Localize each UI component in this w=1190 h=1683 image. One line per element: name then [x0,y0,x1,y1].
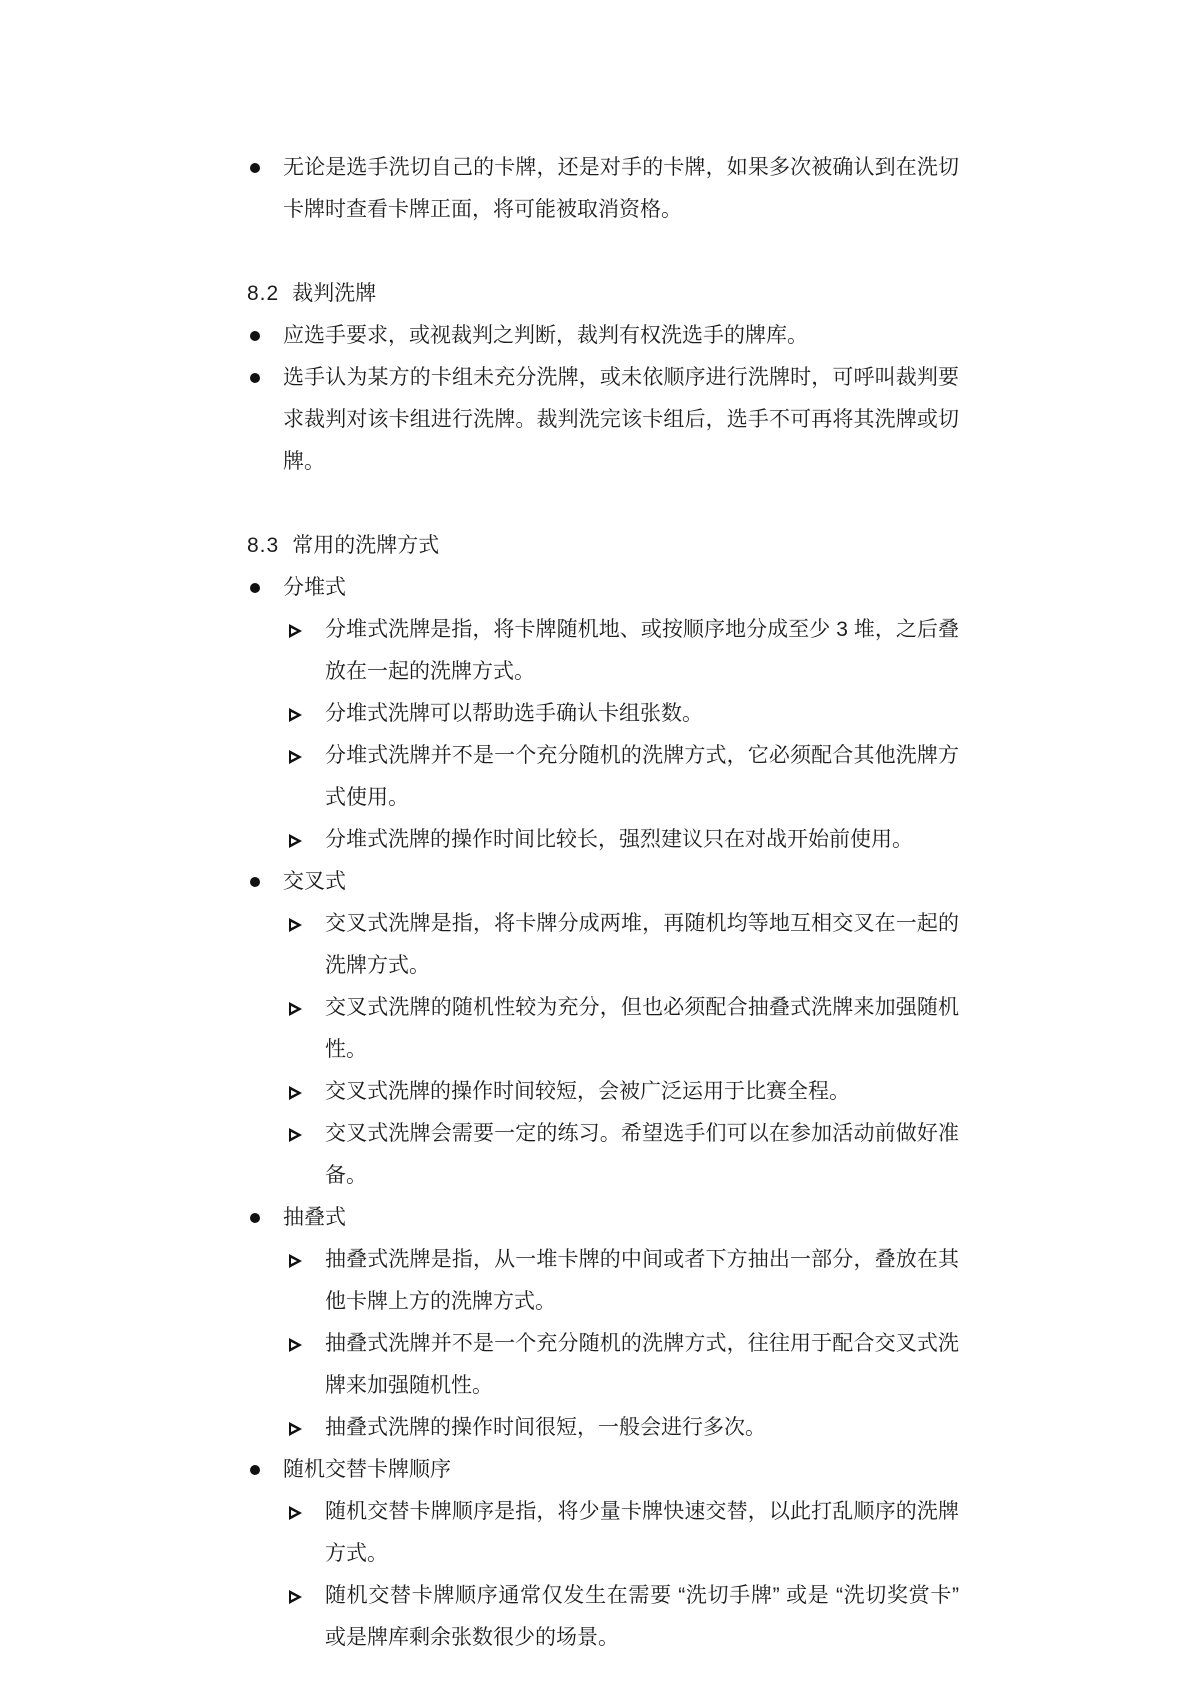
sub-bullet-item: 随机交替卡牌顺序通常仅发生在需要 “洗切手牌” 或是 “洗切奖赏卡” 或是牌库剩… [247,1575,959,1659]
sub-bullet-item: 交叉式洗牌是指，将卡牌分成两堆，再随机均等地互相交叉在一起的洗牌方式。 [247,903,959,987]
paragraph-text: 交叉式洗牌的随机性较为充分，但也必须配合抽叠式洗牌来加强随机性。 [247,987,959,1071]
document-page: 无论是选手洗切自己的卡牌，还是对手的卡牌，如果多次被确认到在洗切卡牌时查看卡牌正… [0,0,1190,1683]
section-number: 8.2 [247,282,279,305]
bullet-dot-icon [250,877,260,887]
sub-bullet-item: 分堆式洗牌并不是一个充分随机的洗牌方式，它必须配合其他洗牌方式使用。 [247,735,959,819]
paragraph-text: 随机交替卡牌顺序 [247,1449,959,1491]
paragraph-text: 应选手要求，或视裁判之判断，裁判有权洗选手的牌库。 [247,315,959,357]
arrow-bullet-icon [289,1002,302,1016]
document-body: 无论是选手洗切自己的卡牌，还是对手的卡牌，如果多次被确认到在洗切卡牌时查看卡牌正… [247,147,959,1659]
arrow-bullet-icon [289,750,302,764]
arrow-bullet-icon [289,1590,302,1604]
sub-bullet-item: 分堆式洗牌是指，将卡牌随机地、或按顺序地分成至少 3 堆，之后叠放在一起的洗牌方… [247,609,959,693]
sub-bullet-item: 抽叠式洗牌的操作时间很短，一般会进行多次。 [247,1407,959,1449]
sub-bullet-item: 交叉式洗牌的操作时间较短，会被广泛运用于比赛全程。 [247,1071,959,1113]
paragraph-text: 无论是选手洗切自己的卡牌，还是对手的卡牌，如果多次被确认到在洗切卡牌时查看卡牌正… [247,147,959,231]
sub-bullet-item: 交叉式洗牌会需要一定的练习。希望选手们可以在参加活动前做好准备。 [247,1113,959,1197]
section-number: 8.3 [247,534,279,557]
bullet-item: 分堆式 [247,567,959,609]
arrow-bullet-icon [289,1128,302,1142]
paragraph-text: 分堆式 [247,567,959,609]
bullet-item: 选手认为某方的卡组未充分洗牌，或未依顺序进行洗牌时，可呼叫裁判要求裁判对该卡组进… [247,357,959,483]
bullet-dot-icon [250,163,260,173]
paragraph-text: 分堆式洗牌是指，将卡牌随机地、或按顺序地分成至少 3 堆，之后叠放在一起的洗牌方… [247,609,959,693]
arrow-bullet-icon [289,1338,302,1352]
bullet-item: 应选手要求，或视裁判之判断，裁判有权洗选手的牌库。 [247,315,959,357]
sub-bullet-item: 抽叠式洗牌并不是一个充分随机的洗牌方式，往往用于配合交叉式洗牌来加强随机性。 [247,1323,959,1407]
section-heading: 8.2裁判洗牌 [247,273,959,315]
bullet-dot-icon [250,1213,260,1223]
paragraph-text: 抽叠式洗牌的操作时间很短，一般会进行多次。 [247,1407,959,1449]
arrow-bullet-icon [289,624,302,638]
arrow-bullet-icon [289,708,302,722]
paragraph-text: 交叉式洗牌会需要一定的练习。希望选手们可以在参加活动前做好准备。 [247,1113,959,1197]
paragraph-text: 分堆式洗牌的操作时间比较长，强烈建议只在对战开始前使用。 [247,819,959,861]
paragraph-text: 交叉式洗牌的操作时间较短，会被广泛运用于比赛全程。 [247,1071,959,1113]
arrow-bullet-icon [289,1506,302,1520]
bullet-item: 无论是选手洗切自己的卡牌，还是对手的卡牌，如果多次被确认到在洗切卡牌时查看卡牌正… [247,147,959,231]
sub-bullet-item: 抽叠式洗牌是指，从一堆卡牌的中间或者下方抽出一部分，叠放在其他卡牌上方的洗牌方式… [247,1239,959,1323]
arrow-bullet-icon [289,918,302,932]
sub-bullet-item: 分堆式洗牌的操作时间比较长，强烈建议只在对战开始前使用。 [247,819,959,861]
arrow-bullet-icon [289,834,302,848]
paragraph-text: 随机交替卡牌顺序是指，将少量卡牌快速交替，以此打乱顺序的洗牌方式。 [247,1491,959,1575]
bullet-item: 随机交替卡牌顺序 [247,1449,959,1491]
paragraph-text: 抽叠式 [247,1197,959,1239]
bullet-dot-icon [250,331,260,341]
section-heading: 8.3常用的洗牌方式 [247,525,959,567]
arrow-bullet-icon [289,1422,302,1436]
paragraph-text: 交叉式 [247,861,959,903]
paragraph-text: 抽叠式洗牌是指，从一堆卡牌的中间或者下方抽出一部分，叠放在其他卡牌上方的洗牌方式… [247,1239,959,1323]
arrow-bullet-icon [289,1086,302,1100]
paragraph-text: 交叉式洗牌是指，将卡牌分成两堆，再随机均等地互相交叉在一起的洗牌方式。 [247,903,959,987]
arrow-bullet-icon [289,1254,302,1268]
bullet-item: 抽叠式 [247,1197,959,1239]
paragraph-text: 随机交替卡牌顺序通常仅发生在需要 “洗切手牌” 或是 “洗切奖赏卡” 或是牌库剩… [247,1575,959,1659]
paragraph-text: 分堆式洗牌可以帮助选手确认卡组张数。 [247,693,959,735]
sub-bullet-item: 随机交替卡牌顺序是指，将少量卡牌快速交替，以此打乱顺序的洗牌方式。 [247,1491,959,1575]
sub-bullet-item: 分堆式洗牌可以帮助选手确认卡组张数。 [247,693,959,735]
section-title: 裁判洗牌 [292,282,376,305]
paragraph-text: 抽叠式洗牌并不是一个充分随机的洗牌方式，往往用于配合交叉式洗牌来加强随机性。 [247,1323,959,1407]
bullet-dot-icon [250,583,260,593]
bullet-dot-icon [250,1465,260,1475]
sub-bullet-item: 交叉式洗牌的随机性较为充分，但也必须配合抽叠式洗牌来加强随机性。 [247,987,959,1071]
bullet-item: 交叉式 [247,861,959,903]
bullet-dot-icon [250,373,260,383]
paragraph-text: 选手认为某方的卡组未充分洗牌，或未依顺序进行洗牌时，可呼叫裁判要求裁判对该卡组进… [247,357,959,483]
paragraph-text: 分堆式洗牌并不是一个充分随机的洗牌方式，它必须配合其他洗牌方式使用。 [247,735,959,819]
section-title: 常用的洗牌方式 [292,534,439,557]
